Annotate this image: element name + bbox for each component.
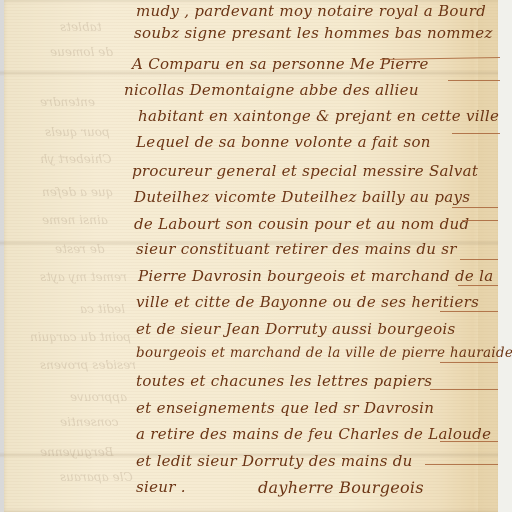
manuscript-line: nicollas Demontaigne abbe des allieu [124,81,419,99]
manuscript-line: habitant en xaintonge & prejant en cette… [138,107,499,125]
manuscript-line: a retire des mains de feu Charles de Lal… [136,425,491,443]
bleed-through-text: de reste [55,242,105,256]
line-fill-stroke [440,362,498,363]
manuscript-line: Duteilhez vicomte Duteilhez bailly au pa… [134,188,470,206]
manuscript-line: toutes et chacunes les lettres papiers [136,372,432,390]
manuscript-line: et enseignements que led sr Davrosin [136,399,434,417]
bleed-through-text: Berguyenne [40,445,114,459]
line-fill-stroke [462,220,498,221]
manuscript-line: ville et citte de Bayonne ou de ses heri… [136,293,479,311]
bleed-through-text: Chiebert yh [40,152,112,166]
manuscript-line: Lequel de sa bonne volonte a fait son [136,133,431,151]
scan-margin [498,0,512,512]
line-fill-stroke [440,311,498,312]
paper-left-edge [0,0,4,512]
bleed-through-text: consentie [60,415,118,429]
bleed-through-text: point du carquin [30,330,131,344]
bleed-through-text: resides provens [40,358,136,372]
manuscript-line: sieur constituant retirer des mains du s… [136,240,457,258]
line-fill-stroke [430,389,498,390]
line-fill-stroke [425,464,498,465]
bleed-through-text: Cle aparaus [60,470,133,484]
manuscript-line: de Labourt son cousin pour et au nom dud [134,215,469,233]
manuscript-line: et ledit sieur Dorruty des mains du [136,452,413,470]
line-fill-stroke [458,285,498,286]
manuscript-line: Pierre Davrosin bourgeois et marchand de… [138,267,494,285]
bleed-through-text: pour quels [45,125,110,139]
manuscript-line: procureur general et special messire Sal… [132,162,478,180]
bleed-through-text: de lomeue [50,45,113,59]
line-fill-stroke [440,441,498,442]
bleed-through-text: tablets [60,20,102,34]
manuscript-line: sieur . [136,478,186,496]
bleed-through-text: ledit ca [80,302,125,316]
bleed-through-text: entendre [40,95,95,109]
line-fill-stroke [452,133,500,134]
manuscript-line: A Comparu en sa personne Me Pierre [132,55,429,73]
bleed-through-text: ainsi neme [42,213,108,227]
signature: dayherre Bourgeois [258,478,424,497]
bleed-through-text: que a defen [42,185,113,199]
bleed-through-text: remet my ayts [40,270,127,284]
line-fill-stroke [460,259,498,260]
bleed-through-text: approuve [70,390,127,404]
manuscript-line: soubz signe presant les hommes bas nomme… [134,24,493,42]
line-fill-stroke [448,80,500,81]
manuscript-line: bourgeois et marchand de la ville de pie… [136,345,512,361]
line-fill-stroke [452,207,498,208]
manuscript-line: mudy , pardevant moy notaire royal a Bou… [136,2,486,20]
manuscript-line: et de sieur Jean Dorruty aussi bourgeois [136,320,456,338]
